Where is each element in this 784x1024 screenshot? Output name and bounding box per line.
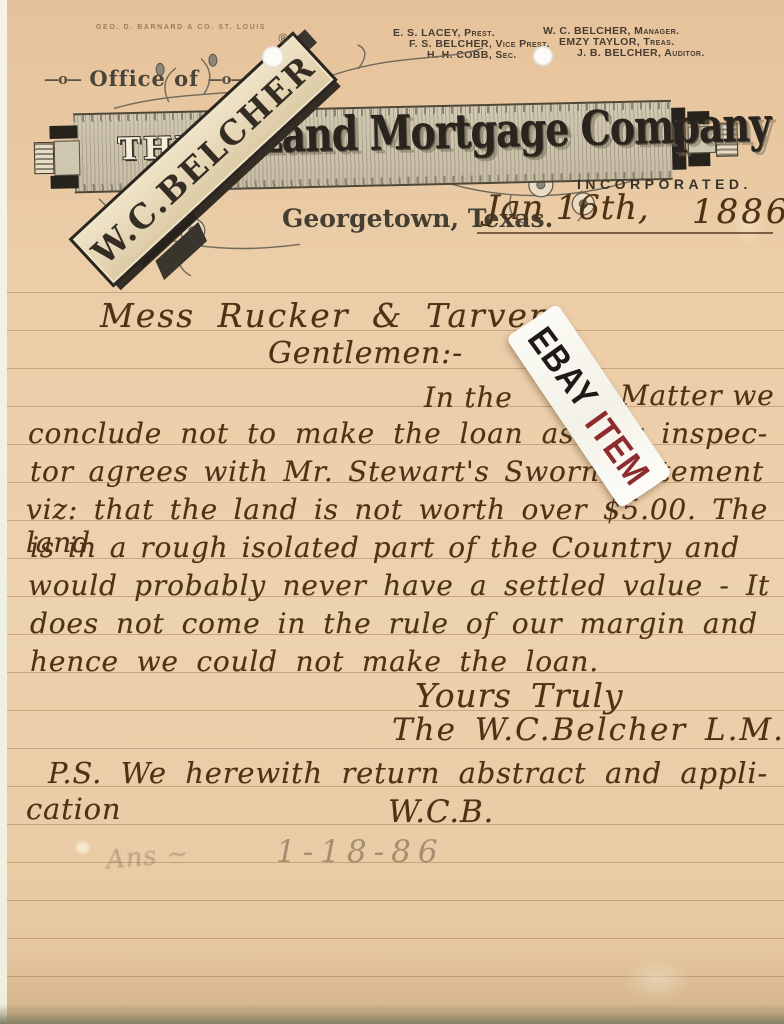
body-line-open-right: Matter we bbox=[620, 379, 774, 412]
recipient-line: Mess Rucker & Tarver bbox=[100, 296, 547, 335]
letterhead-engraving: THE Land Mortgage Company W.C.BELCHER ® bbox=[0, 0, 784, 289]
punch-hole bbox=[262, 46, 284, 68]
postscript-initials: W.C.B. bbox=[388, 794, 494, 830]
body-line: hence we could not make the loan. bbox=[30, 645, 599, 678]
band-terminal-left bbox=[49, 125, 77, 139]
body-line: does not come in the rule of our margin … bbox=[30, 607, 758, 640]
salutation-line: Gentlemen:- bbox=[268, 336, 463, 371]
body-line: conclude not to make the loan as our ins… bbox=[28, 417, 768, 450]
paper-bottom-shading bbox=[0, 950, 784, 1010]
band-terminal-left bbox=[34, 142, 55, 174]
band-terminal-left bbox=[50, 175, 78, 189]
band-terminal-right bbox=[688, 153, 710, 166]
closing-line: Yours Truly bbox=[415, 676, 623, 715]
body-line: would probably never have a settled valu… bbox=[28, 569, 770, 602]
handwritten-year: 1886 bbox=[692, 192, 784, 232]
paper-flaw-spot bbox=[74, 840, 91, 855]
scanned-letter-page: GEO. D. BARNARD & CO. ST. LOUIS —o— Offi… bbox=[0, 0, 784, 1024]
scan-edge-bottom bbox=[0, 1004, 784, 1024]
registered-trademark: ® bbox=[278, 31, 288, 46]
band-terminal-left bbox=[54, 140, 81, 176]
signature-line: The W.C.Belcher L.M.Co. bbox=[392, 712, 784, 748]
handwritten-date: Jan 16th, bbox=[486, 188, 649, 228]
punch-hole bbox=[533, 46, 553, 66]
postscript-line: P.S. We herewith return abstract and app… bbox=[48, 756, 768, 790]
body-line-open-left: In the bbox=[424, 381, 513, 414]
postscript-line: cation bbox=[26, 792, 121, 826]
body-line: is in a rough isolated part of the Count… bbox=[30, 531, 740, 564]
pencil-date: 1-18-86 bbox=[276, 834, 445, 870]
